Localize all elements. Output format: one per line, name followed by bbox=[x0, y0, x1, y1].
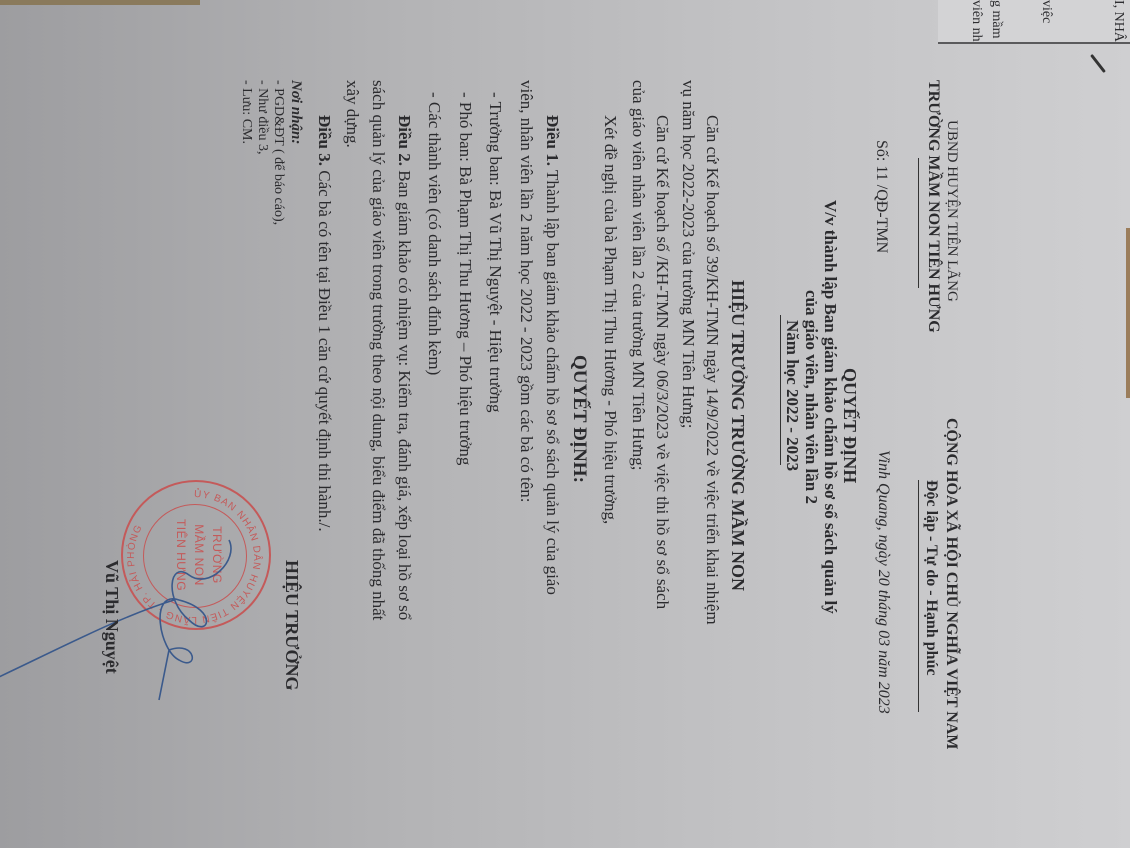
under-sheet-fragment: I, NHÂ bbox=[1110, 0, 1126, 44]
under-sheet-fragment: việc bbox=[1038, 0, 1054, 44]
handwritten-signature bbox=[0, 0, 1009, 848]
table-edge-right bbox=[1126, 228, 1130, 398]
document-page: UBND HUYỆN TIÊN LÃNG TRƯỜNG MẦM NON TIÊN… bbox=[0, 0, 1009, 848]
signer-name: Vũ Thị Nguyệt bbox=[103, 560, 121, 674]
